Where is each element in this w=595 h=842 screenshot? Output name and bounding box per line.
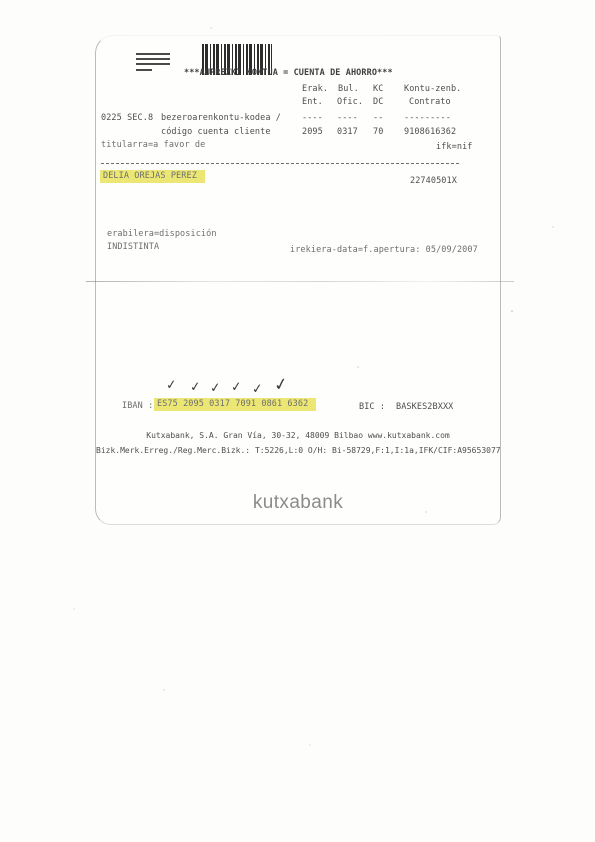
dash-ent: ---- <box>302 113 323 123</box>
holder-label: titularra=a favor de <box>101 140 205 150</box>
document-title: ***AURREZKI KONTUA = CUENTA DE AHORRO*** <box>184 68 393 78</box>
scan-speck <box>357 366 359 368</box>
dash-ofic: ---- <box>337 113 358 123</box>
opening-date: irekiera-data=f.apertura: 05/09/2007 <box>290 245 478 255</box>
dash-contrato: --------- <box>404 113 451 123</box>
col-header-kontu: Kontu-zenb. <box>404 84 461 94</box>
client-code-label-eu: bezeroarenkontu-kodea / <box>161 113 281 123</box>
mark-line <box>136 69 152 71</box>
mark-line <box>136 53 170 55</box>
bic-value: BASKES2BXXX <box>396 402 453 412</box>
bank-document-card: ***AURREZKI KONTUA = CUENTA DE AHORRO***… <box>95 35 501 525</box>
office-code: 0225 SEC.8 <box>101 113 153 123</box>
iban-label: IBAN : <box>122 401 153 411</box>
scanned-page: ***AURREZKI KONTUA = CUENTA DE AHORRO***… <box>0 0 595 842</box>
col-header-bul: Bul. <box>338 84 359 94</box>
checkmark-icon: ✓ <box>251 381 263 397</box>
scan-speck <box>552 226 554 228</box>
col-header-ent: Ent. <box>302 97 323 107</box>
checkmark-icon: ✓ <box>189 379 201 395</box>
scan-speck <box>73 608 75 610</box>
scan-speck <box>511 310 513 312</box>
office-value: 0317 <box>337 127 358 137</box>
checkmark-icon: ✓ <box>230 379 242 395</box>
col-header-kc: KC <box>373 84 383 94</box>
entity-value: 2095 <box>302 127 323 137</box>
holder-nif: 22740501X <box>410 176 457 186</box>
col-header-erak: Erak. <box>302 84 328 94</box>
dashed-separator <box>101 163 459 164</box>
registry-line: Bizk.Merk.Erreg./Reg.Merc.Bizk.: T:5226,… <box>96 446 500 455</box>
contract-number: 9108616362 <box>404 127 456 137</box>
col-header-dc: DC <box>373 97 383 107</box>
bank-address-line: Kutxabank, S.A. Gran Vía, 30-32, 48009 B… <box>96 431 500 440</box>
scan-speck <box>425 511 427 513</box>
usage-value: INDISTINTA <box>107 242 159 252</box>
fold-crease-line <box>86 281 514 282</box>
holder-name-highlighted: DELIA OREJAS PEREZ <box>100 170 205 183</box>
usage-label: erabilera=disposición <box>107 229 217 239</box>
dc-value: 70 <box>373 127 383 137</box>
kutxabank-logo: kutxabank <box>96 492 500 514</box>
client-code-label-es: código cuenta cliente <box>161 127 271 137</box>
mark-line <box>136 63 170 65</box>
iban-value-highlighted: ES75 2095 0317 7091 0861 6362 <box>154 398 316 411</box>
col-header-contrato: Contrato <box>409 97 451 107</box>
checkmark-icon: ✓ <box>165 377 177 393</box>
nif-label: ifk=nif <box>436 142 473 152</box>
dash-dc: -- <box>373 113 383 123</box>
scan-speck <box>210 27 212 29</box>
scan-speck <box>309 744 311 746</box>
col-header-ofic: Ofic. <box>337 97 363 107</box>
scan-speck <box>163 689 165 691</box>
bic-label: BIC : <box>359 402 385 412</box>
checkmark-icon: ✓ <box>272 374 290 396</box>
checkmark-icon: ✓ <box>209 380 221 396</box>
mark-line <box>136 58 170 60</box>
